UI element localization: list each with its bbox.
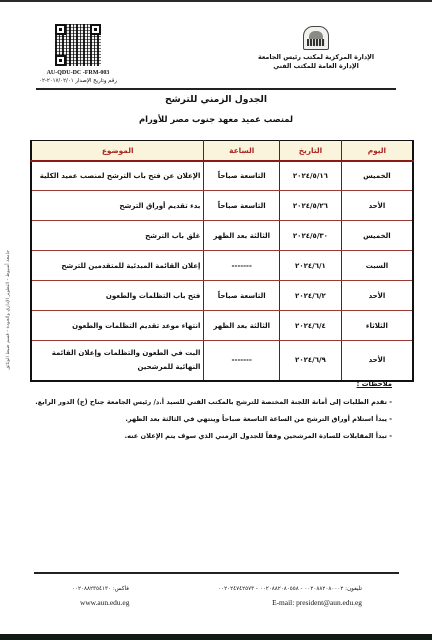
cell-date: ٢٠٢٤/٥/٢٦ bbox=[280, 191, 342, 221]
column-header-date: التاريخ bbox=[280, 141, 342, 161]
note-item: - يبدأ استلام أوراق الترشح من الساعة الت… bbox=[12, 411, 392, 428]
page-subtitle: لمنصب عميد معهد جنوب مصر للأورام bbox=[0, 114, 432, 124]
table-row: الخميس ٢٠٢٤/٥/٣٠ الثالثة بعد الظهر غلق ب… bbox=[31, 221, 413, 251]
form-issue-date: رقم وتاريخ الإصدار ٢٠١٧/٠٢/٠١-٠٢ bbox=[28, 77, 128, 85]
table-row: الأحد ٢٠٢٤/٥/٢٦ التاسعة صباحاً بدء تقديم… bbox=[31, 191, 413, 221]
bottom-border bbox=[0, 634, 432, 640]
table-row: السبت ٢٠٢٤/٦/١ ------- إعلان القائمة الم… bbox=[31, 251, 413, 281]
cell-date: ٢٠٢٤/٦/٩ bbox=[280, 341, 342, 381]
footer-fax: فاكس: ٠٠٢٠٨٨٢٣٥٤١٣٠ bbox=[72, 586, 129, 592]
org-line-2: الإدارة العامة للمكتب الفني bbox=[256, 62, 376, 71]
column-header-subject: الموضوع bbox=[31, 141, 204, 161]
top-border bbox=[0, 0, 432, 2]
org-line-1: الإدارة المركزية لمكتب رئيس الجامعة bbox=[256, 53, 376, 62]
cell-subject: فتح باب التظلمات والطعون bbox=[31, 281, 204, 311]
notes-section: ملاحظات : - تقدم الطلبات إلى أمانة اللجن… bbox=[12, 380, 392, 445]
cell-day: الثلاثاء bbox=[341, 311, 413, 341]
page-title: الجدول الزمني للترشح bbox=[0, 94, 432, 105]
cell-subject: إعلان القائمة المبدئية للمتقدمين للترشح bbox=[31, 251, 204, 281]
form-code: AU-QDU-DC -FRM-003 bbox=[28, 69, 128, 77]
cell-day: الخميس bbox=[341, 161, 413, 191]
cell-day: الأحد bbox=[341, 281, 413, 311]
cell-subject: الإعلان عن فتح باب الترشح لمنصب عميد الك… bbox=[31, 161, 204, 191]
footer-divider bbox=[34, 572, 399, 574]
cell-subject: بدء تقديم أوراق الترشح bbox=[31, 191, 204, 221]
form-info: AU-QDU-DC -FRM-003 رقم وتاريخ الإصدار ٢٠… bbox=[28, 24, 128, 85]
table-row: الخميس ٢٠٢٤/٥/١٦ التاسعة صباحاً الإعلان … bbox=[31, 161, 413, 191]
cell-day: الأحد bbox=[341, 341, 413, 381]
cell-subject: غلق باب الترشح bbox=[31, 221, 204, 251]
cell-day: الأحد bbox=[341, 191, 413, 221]
footer-phone: تليفون: ٠٠٢٠٨٨٢٠٨٠٠٠٢ - ٠٠٢٠٨٨٢٠٨٠٥٥٨ - … bbox=[218, 586, 362, 592]
cell-time: ------- bbox=[204, 251, 280, 281]
cell-date: ٢٠٢٤/٥/٣٠ bbox=[280, 221, 342, 251]
table-row: الأحد ٢٠٢٤/٦/٢ التاسعة صباحاً فتح باب ال… bbox=[31, 281, 413, 311]
cell-time: التاسعة صباحاً bbox=[204, 281, 280, 311]
table-row: الثلاثاء ٢٠٢٤/٦/٤ الثالثة بعد الظهر انته… bbox=[31, 311, 413, 341]
cell-day: الخميس bbox=[341, 221, 413, 251]
cell-time: التاسعة صباحاً bbox=[204, 191, 280, 221]
cell-subject: انتهاء موعد تقديم التظلمات والطعون bbox=[31, 311, 204, 341]
column-header-day: اليوم bbox=[341, 141, 413, 161]
university-logo-icon bbox=[303, 26, 329, 50]
note-item: - تقدم الطلبات إلى أمانة اللجنة المختصة … bbox=[12, 394, 392, 411]
cell-time: الثالثة بعد الظهر bbox=[204, 221, 280, 251]
side-watermark-note: جامعة أسيوط - التطوير الإداري والجودة - … bbox=[6, 250, 11, 360]
footer-website: www.aun.edu.eg bbox=[80, 598, 129, 607]
header-divider bbox=[36, 88, 396, 90]
cell-date: ٢٠٢٤/٥/١٦ bbox=[280, 161, 342, 191]
cell-date: ٢٠٢٤/٦/١ bbox=[280, 251, 342, 281]
table-header-row: اليوم التاريخ الساعة الموضوع bbox=[31, 141, 413, 161]
column-header-time: الساعة bbox=[204, 141, 280, 161]
qr-code-icon bbox=[55, 24, 101, 66]
cell-subject: البت في الطعون والتظلمات وإعلان القائمة … bbox=[31, 341, 204, 381]
cell-date: ٢٠٢٤/٦/٢ bbox=[280, 281, 342, 311]
table-row: الأحد ٢٠٢٤/٦/٩ ------- البت في الطعون وا… bbox=[31, 341, 413, 381]
notes-title: ملاحظات : bbox=[12, 380, 392, 388]
footer-email: E-mail: president@aun.edu.eg bbox=[272, 598, 362, 607]
cell-time: الثالثة بعد الظهر bbox=[204, 311, 280, 341]
cell-time: التاسعة صباحاً bbox=[204, 161, 280, 191]
org-header: الإدارة المركزية لمكتب رئيس الجامعة الإد… bbox=[256, 26, 376, 71]
cell-time: ------- bbox=[204, 341, 280, 381]
cell-date: ٢٠٢٤/٦/٤ bbox=[280, 311, 342, 341]
cell-day: السبت bbox=[341, 251, 413, 281]
note-item: - تبدأ المقابلات للسادة المرشحين وفقاً ل… bbox=[12, 428, 392, 445]
schedule-table: اليوم التاريخ الساعة الموضوع الخميس ٢٠٢٤… bbox=[30, 140, 414, 382]
